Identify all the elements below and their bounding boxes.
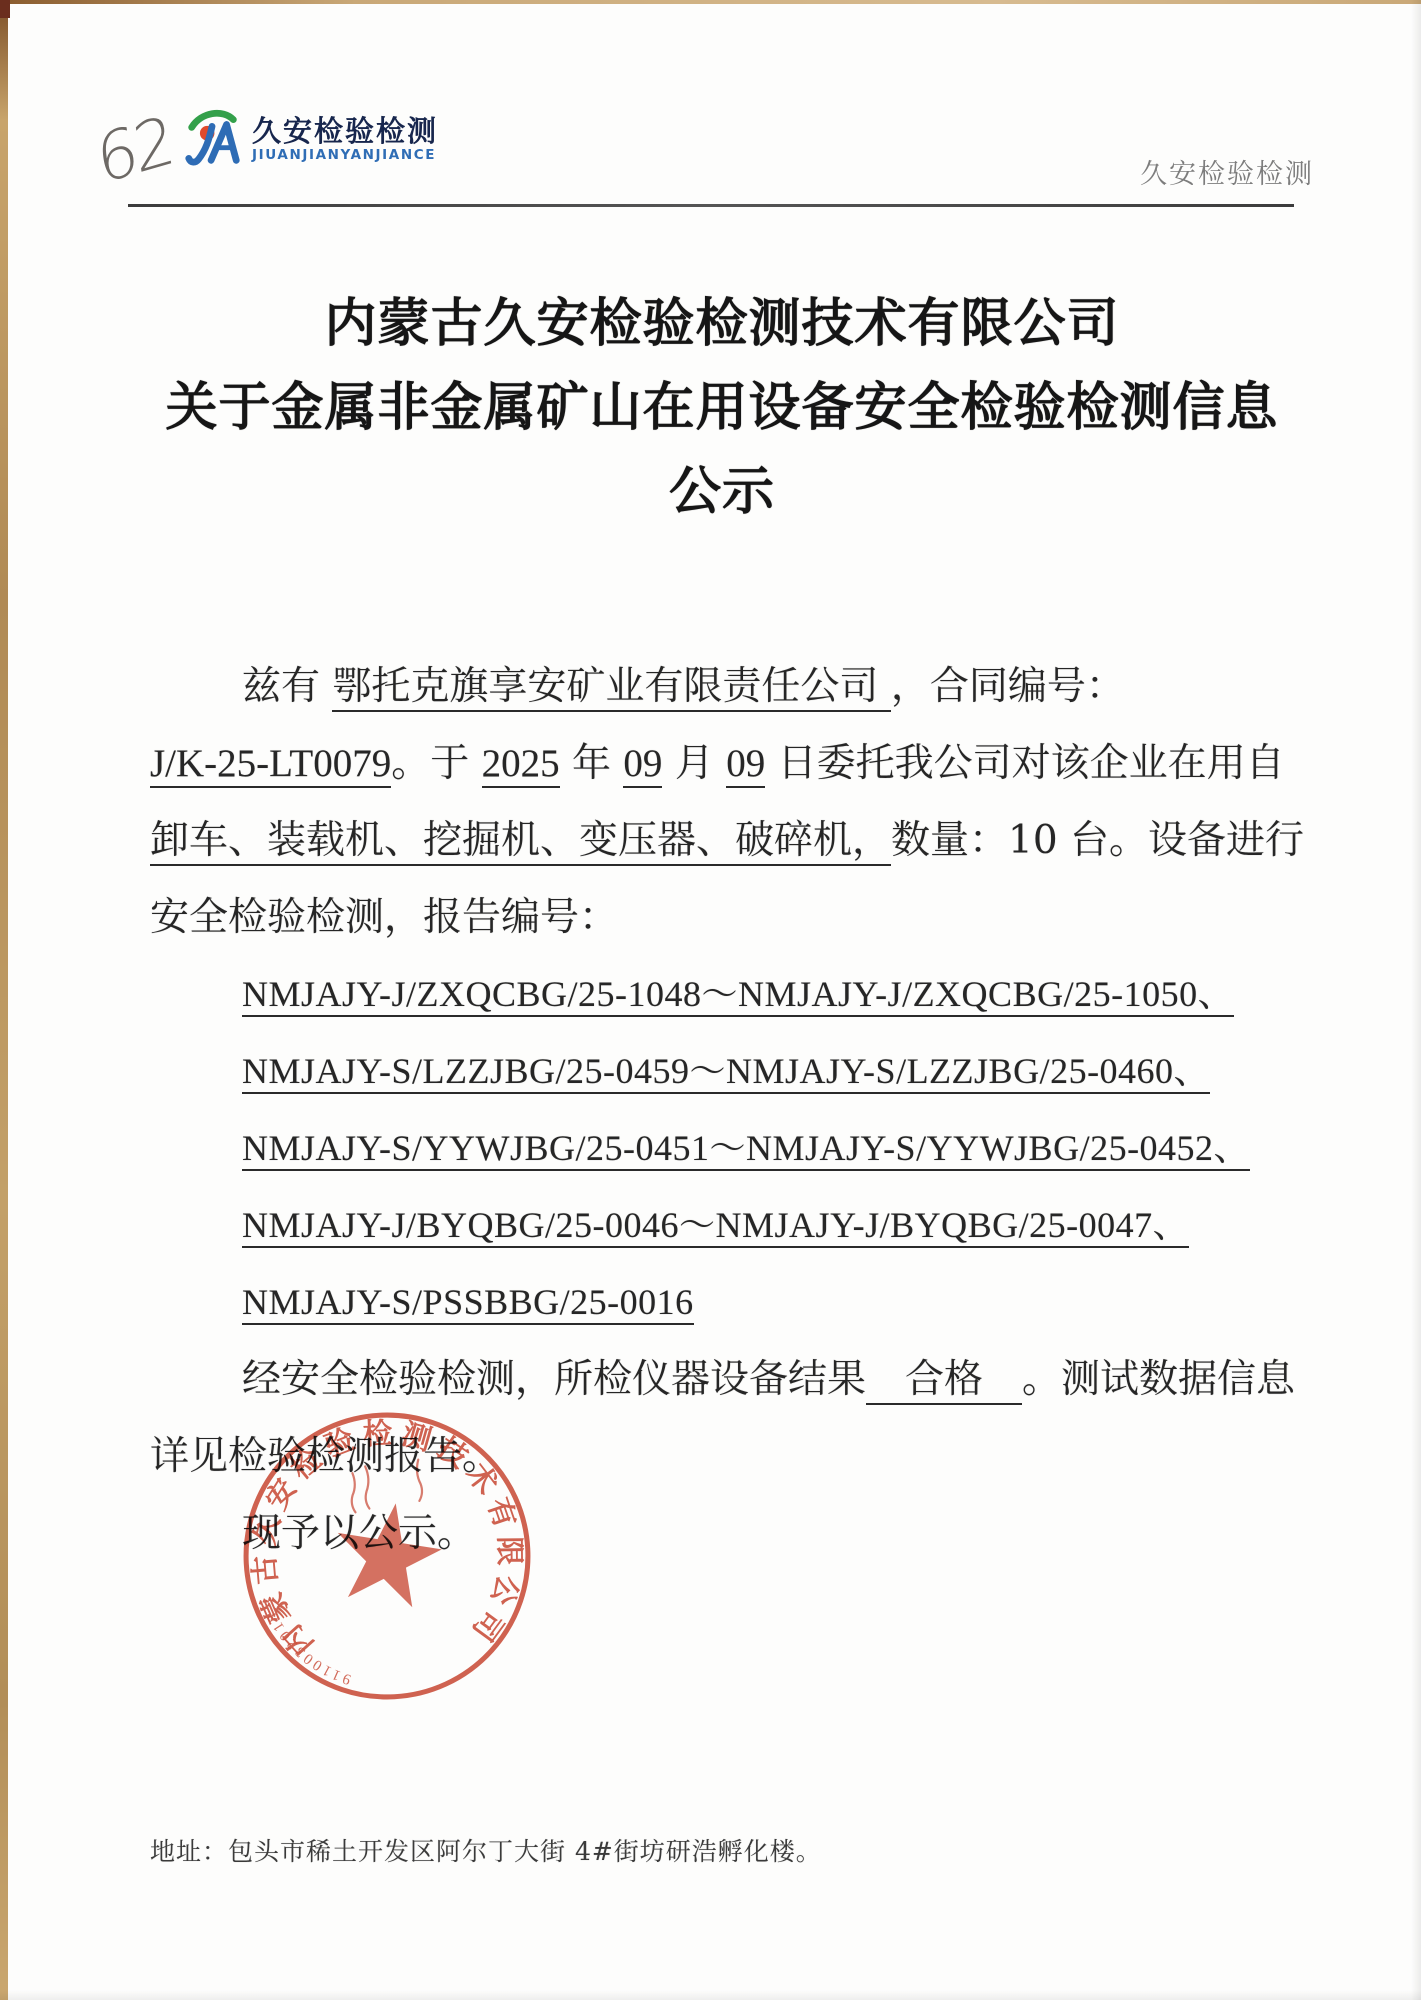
seal-mongolian-script-marks xyxy=(350,1459,423,1512)
text-segment: 安全检验检测，报告编号： xyxy=(150,895,618,940)
body-line-intro: 兹有 鄂托克旗享安矿业有限责任公司 ，合同编号： xyxy=(150,648,1310,725)
underlined-value: 卸车、装载机、挖掘机、变压器、破碎机， xyxy=(150,818,891,866)
body-line-report-label: 安全检验检测，报告编号： xyxy=(150,879,1310,956)
company-logo: 久安检验检测 JIUANJIANYANJIANCE xyxy=(182,104,438,174)
text-segment: 经安全检验检测，所检仪器设备结果 xyxy=(242,1357,866,1402)
report-number-line: NMJAJY-S/LZZJBG/25-0459～NMJAJY-S/LZZJBG/… xyxy=(150,1033,1310,1110)
underlined-value: NMJAJY-J/ZXQCBG/25-1048～NMJAJY-J/ZXQCBG/… xyxy=(242,974,1234,1017)
paper-corner-mark xyxy=(0,0,10,18)
underlined-value: NMJAJY-J/BYQBG/25-0046～NMJAJY-J/BYQBG/25… xyxy=(242,1205,1189,1248)
text-segment: 。于 xyxy=(391,741,481,786)
text-segment: 年 xyxy=(560,741,624,786)
footer-address: 地址：包头市稀土开发区阿尔丁大街 4#街坊研浩孵化楼。 xyxy=(150,1832,822,1868)
underlined-value: J/K-25-LT0079 xyxy=(150,742,391,788)
report-number-line: NMJAJY-S/PSSBBG/25-0016 xyxy=(150,1264,1310,1341)
report-number-line: NMJAJY-J/BYQBG/25-0046～NMJAJY-J/BYQBG/25… xyxy=(150,1187,1310,1264)
paper-edge-top xyxy=(0,0,1421,4)
underlined-value: 2025 xyxy=(482,742,560,788)
text-segment: 月 xyxy=(662,741,726,786)
text-segment: 数量：10 台。设备进行 xyxy=(891,818,1304,863)
body-line-contract: J/K-25-LT0079。于 2025 年 09 月 09 日委托我公司对该企… xyxy=(150,725,1310,802)
seal-star xyxy=(336,1501,444,1611)
paper-edge-left xyxy=(0,0,8,2000)
header-divider-rule xyxy=(128,204,1294,207)
underlined-value: 09 xyxy=(623,742,662,788)
report-number-line: NMJAJY-S/YYWJBG/25-0451～NMJAJY-S/YYWJBG/… xyxy=(150,1110,1310,1187)
underlined-value: 09 xyxy=(726,742,765,788)
underlined-value: NMJAJY-S/YYWJBG/25-0451～NMJAJY-S/YYWJBG/… xyxy=(242,1128,1250,1171)
logo-chinese-name: 久安检验检测 xyxy=(252,115,438,147)
paper-edge-bottom xyxy=(0,1990,1421,2000)
underlined-value: NMJAJY-S/LZZJBG/25-0459～NMJAJY-S/LZZJBG/… xyxy=(242,1051,1210,1094)
document-title: 内蒙古久安检验检测技术有限公司 关于金属非金属矿山在用设备安全检验检测信息 公示 xyxy=(150,282,1294,534)
jiuan-ja-logo-icon xyxy=(182,104,244,174)
header-right-company-text: 久安检验检测 xyxy=(1140,152,1300,191)
text-segment: 兹有 xyxy=(242,664,332,709)
body-line-equipment: 卸车、装载机、挖掘机、变压器、破碎机，数量：10 台。设备进行 xyxy=(150,802,1310,879)
underlined-value: NMJAJY-S/PSSBBG/25-0016 xyxy=(242,1282,694,1325)
report-number-line: NMJAJY-J/ZXQCBG/25-1048～NMJAJY-J/ZXQCBG/… xyxy=(150,956,1310,1033)
underlined-value: 合格 xyxy=(866,1357,1022,1405)
title-line-1: 内蒙古久安检验检测技术有限公司 xyxy=(150,282,1294,366)
text-segment: 。测试数据信息 xyxy=(1022,1357,1295,1402)
red-company-seal: 内蒙古久安检验检测技术有限公司 9110032013 xyxy=(228,1397,545,1714)
logo-pinyin-name: JIUANJIANYANJIANCE xyxy=(252,147,438,164)
title-line-2: 关于金属非金属矿山在用设备安全检验检测信息 xyxy=(150,366,1294,450)
paper-edge-right xyxy=(1411,0,1421,2000)
text-segment: ，合同编号： xyxy=(891,664,1125,709)
body-line-result: 经安全检验检测，所检仪器设备结果 合格 。测试数据信息 xyxy=(150,1341,1310,1418)
text-segment: 日委托我公司对该企业在用自 xyxy=(765,741,1284,786)
scanned-notice-page: 62 久安检验检测 JIUANJIANYANJIANCE 久安检验检测 内蒙古久… xyxy=(0,0,1421,2000)
underlined-value: 鄂托克旗享安矿业有限责任公司 xyxy=(332,664,890,712)
title-line-3: 公示 xyxy=(150,450,1294,534)
logo-text: 久安检验检测 JIUANJIANYANJIANCE xyxy=(252,115,438,164)
handwritten-page-number: 62 xyxy=(92,102,176,200)
